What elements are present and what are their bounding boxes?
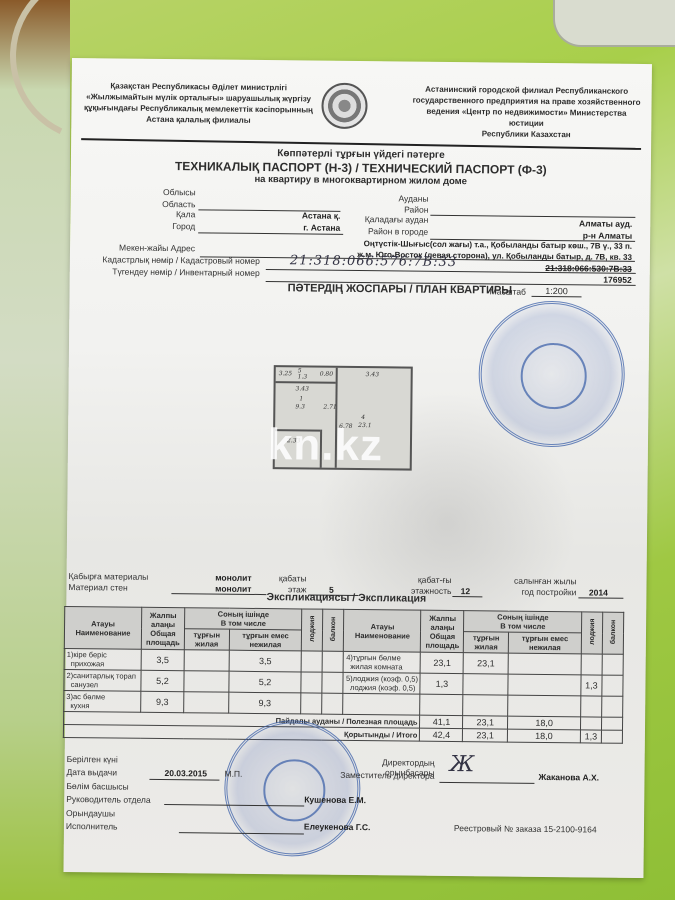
year-label-kz: салынған жылы	[496, 575, 576, 586]
wall-material-value-kz: монолит	[177, 572, 252, 583]
city-district-label-kz: Қаладағы аудан	[340, 214, 428, 225]
col-loggia: лоджия	[581, 612, 602, 654]
col-living: тұрғынжилая	[464, 632, 509, 653]
plan-dim: 3.43	[366, 371, 379, 378]
plan-dim: 9.3	[295, 403, 305, 410]
address-label: Мекен-жайы Адрес	[70, 242, 195, 253]
scale-value: 1:200	[532, 286, 582, 298]
col-total: ЖалпыалаңыОбщаяплощадь	[421, 610, 464, 652]
city-value-kz: Астана қ.	[250, 210, 340, 221]
plan-dim: 3.25	[279, 370, 292, 377]
plan-dim: 1.3	[298, 373, 308, 380]
plan-dim: 1	[299, 395, 303, 402]
floors-label-kz: қабат-ғы	[387, 574, 452, 585]
col-living: тұрғынжилая	[184, 629, 229, 650]
plan-title: ПӘТЕРДІҢ ЖОСПАРЫ / ПЛАН КВАРТИРЫ	[288, 282, 513, 296]
executor-name: Елеукенова Г.С.	[304, 821, 371, 832]
col-loggia: лоджия	[302, 609, 323, 651]
device-corner	[553, 0, 675, 47]
plan-wall	[276, 381, 336, 384]
plan-dim: 3.43	[296, 385, 309, 392]
scale-label: Масштаб	[490, 286, 526, 296]
head-label-ru: Руководитель отдела	[66, 794, 150, 805]
cadastral-handwritten: 21:318:066:576:7В:33	[290, 253, 457, 270]
col-name: АтауыНаименование	[344, 609, 421, 652]
executor-label-kz: Орындаушы	[66, 808, 115, 819]
col-balcony: балкон	[323, 609, 344, 651]
inventory-label: Түгендеу нөмір / Инвентарный номер	[70, 266, 260, 278]
col-balcony: балкон	[602, 612, 623, 654]
city-value-ru: г. Астана	[250, 222, 340, 233]
city-district-value-kz: Алматы ауд.	[520, 218, 632, 229]
deputy-name: Жаканова А.Х.	[538, 772, 599, 783]
issue-date-value: 20.03.2015	[164, 768, 207, 778]
background-left	[0, 0, 70, 900]
wall-material-label-kz: Қабырға материалы	[69, 571, 149, 582]
issue-date-label-ru: Дата выдачи	[66, 767, 117, 778]
col-incl: Соның ішіндеВ том числе	[464, 611, 582, 633]
seal-place-label: М.П.	[224, 769, 242, 779]
org-right-line: ведения «Центр по недвижимости» Министер…	[411, 106, 641, 130]
head-label-kz: Бөлім басшысы	[66, 781, 128, 792]
city-label-ru: Город	[130, 221, 195, 232]
oblast-label-ru: Область	[130, 199, 195, 210]
executor-label-ru: Исполнитель	[66, 821, 118, 832]
signature-icon: Ж	[449, 752, 475, 777]
deputy-signature-line	[439, 782, 534, 784]
plan-dim: 2.71	[323, 404, 336, 411]
col-total: ЖалпыалаңыОбщаяплощадь	[141, 607, 184, 649]
city-label-kz: Қала	[130, 209, 195, 220]
registry-number: Реестровый № заказа 15-2100-9164	[454, 823, 597, 834]
org-left: Қазақстан Республикасы Әділет министрліг…	[83, 80, 313, 126]
issue-date-field	[149, 779, 219, 781]
deputy-label-ru: Заместитель директора	[334, 770, 434, 781]
col-nonliving: тұрғын емеснежилая	[229, 629, 302, 651]
col-incl: Соның ішіндеВ том числе	[185, 608, 303, 630]
col-name: АтауыНаименование	[64, 606, 141, 649]
technical-passport-document: Қазақстан Республикасы Әділет министрліг…	[63, 58, 651, 878]
raion-label-kz: Ауданы	[340, 193, 428, 204]
oblast-label-kz: Облысы	[131, 187, 196, 198]
plan-dim: 4	[361, 414, 365, 421]
plan-dim: 0.80	[320, 371, 333, 378]
state-emblem-icon	[321, 83, 367, 129]
floor-label-kz: қабаты	[257, 573, 307, 584]
city-district-label-ru: Район в городе	[340, 226, 428, 237]
org-right: Астанинский городской филиал Республикан…	[411, 84, 642, 141]
watermark: kn.kz	[268, 420, 384, 471]
round-stamp-icon	[224, 720, 361, 857]
explication-table: АтауыНаименование ЖалпыалаңыОбщаяплощадь…	[63, 606, 624, 744]
org-right-line: Республики Казахстан	[411, 128, 641, 141]
head-name: Кушенова Е.М.	[304, 794, 366, 805]
issue-date-label-kz: Берілген күні	[67, 754, 118, 765]
city-field	[198, 232, 343, 235]
col-nonliving: тұрғын емеснежилая	[508, 632, 581, 654]
round-stamp-icon	[478, 300, 626, 448]
cadastral-label: Кадастрлық нөмір / Кадастровый номер	[70, 254, 260, 266]
